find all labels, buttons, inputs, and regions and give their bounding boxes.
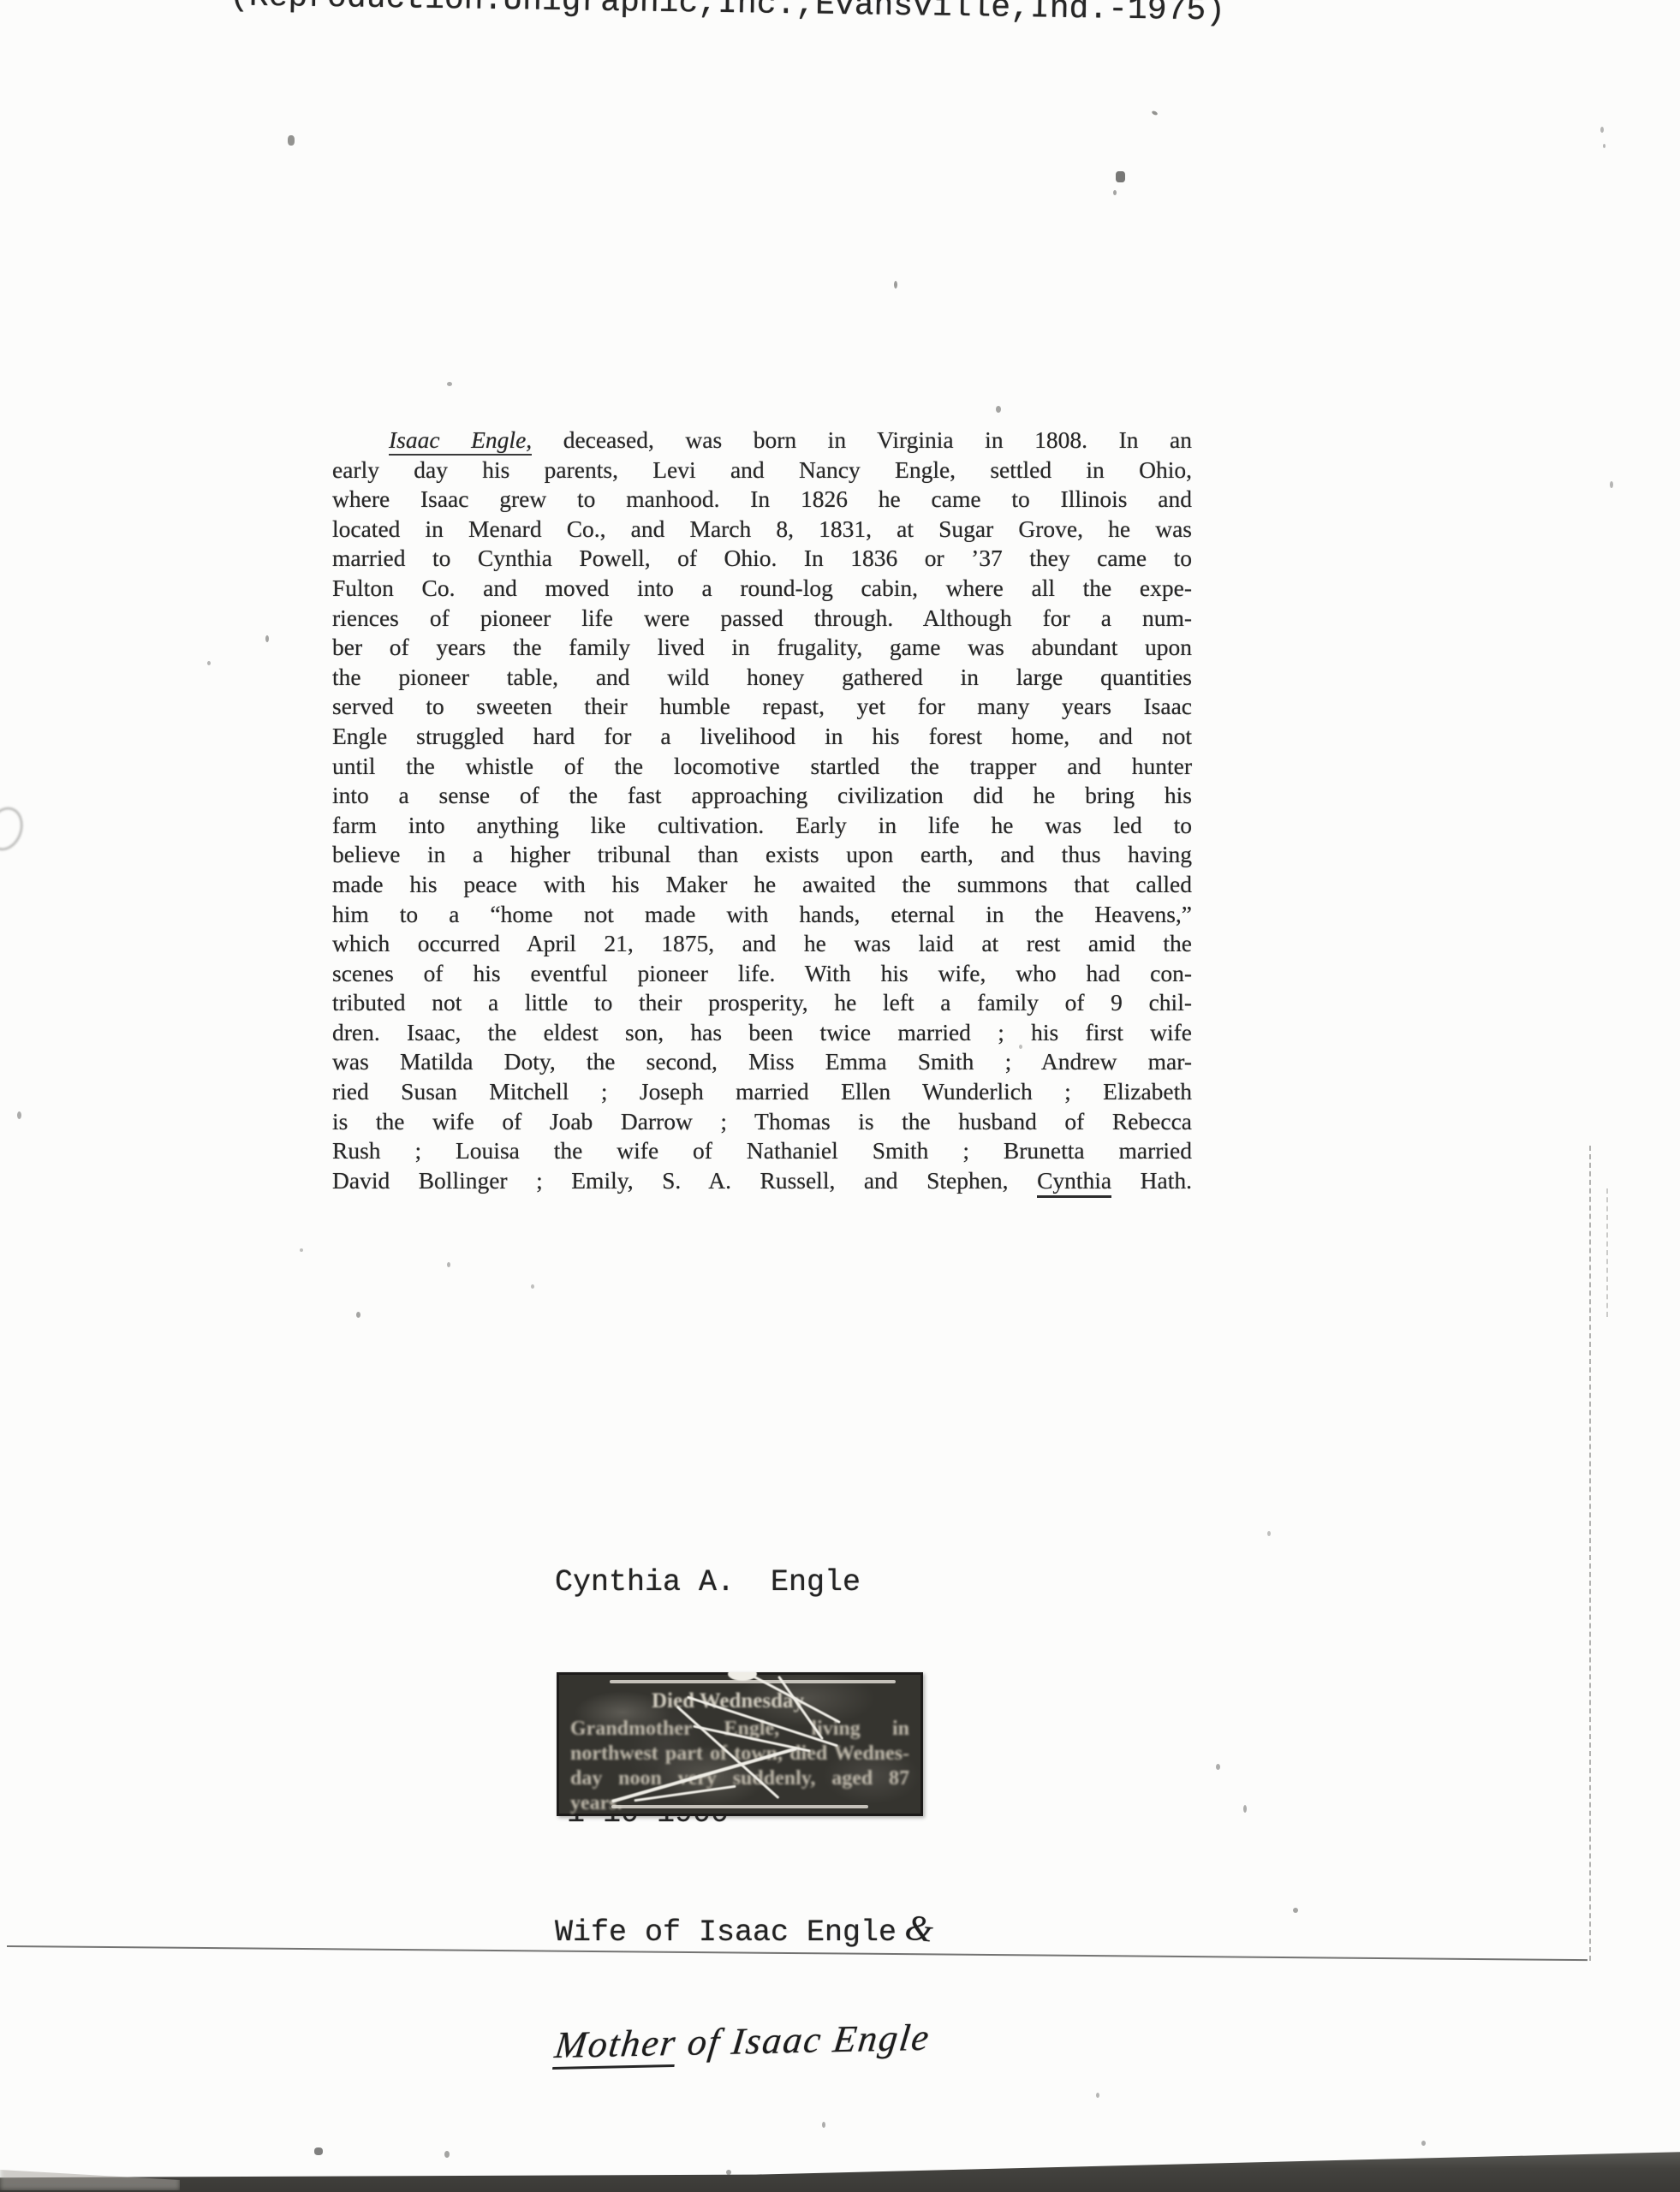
scan-speck [822,2122,825,2128]
biography-line: ried Susan Mitchell ; Joseph married Ell… [332,1077,1192,1107]
lead-line-text: deceased, was born in Virginia in 1808. … [563,426,1192,453]
scan-speck [1603,144,1606,148]
biography-line: riences of pioneer life were passed thro… [332,604,1192,634]
handwritten-mother-word: Mother [552,2022,679,2070]
scan-speck [17,1111,21,1119]
scan-speck [1421,2141,1426,2146]
page-edge-vertical-dashed-line-2 [1606,1188,1608,1317]
biography-line: made his peace with his Maker he awaited… [332,870,1192,900]
scan-speck [1113,190,1117,195]
scan-speck [1151,110,1158,116]
biography-last-line: David Bollinger ; Emily, S. A. Russell, … [332,1166,1192,1196]
scan-speck [300,1248,303,1252]
page-edge-vertical-dashed-line [1589,1146,1591,1961]
last-line-end: Hath. [1141,1167,1192,1194]
scan-speck [894,281,897,289]
biography-line: Rush ; Louisa the wife of Nathaniel Smit… [332,1136,1192,1166]
scan-speck [1116,171,1125,182]
scan-speck [288,135,295,146]
biography-line: believe in a higher tribunal than exists… [332,840,1192,870]
scan-speck [356,1312,360,1318]
biography-line: Fulton Co. and moved into a round-log ca… [332,574,1192,604]
typed-wife-line: Wife of Isaac Engle& [555,1910,1103,1949]
scan-speck [447,382,452,386]
biography-line: served to sweeten their humble repast, y… [332,692,1192,722]
biography-line: where Isaac grew to manhood. In 1826 he … [332,485,1192,515]
clipping-top-rule [610,1680,896,1683]
cynthia-hand-underlined: Cynthia [1037,1167,1111,1198]
biography-line: until the whistle of the locomotive star… [332,752,1192,782]
scan-speck [1096,2093,1099,2098]
wife-line-text: Wife of Isaac Engle [555,1915,897,1950]
scan-speck [531,1284,534,1289]
biography-lead-line: Isaac Engle, deceased, was born in Virgi… [332,426,1192,456]
biography-line: was Matilda Doty, the second, Miss Emma … [332,1047,1192,1077]
handwritten-ampersand: & [903,1909,935,1950]
scan-speck [996,406,1001,413]
scan-speck [1243,1805,1247,1813]
handwritten-rest: of Isaac Engle [674,2016,932,2064]
biography-line: scenes of his eventful pioneer life. Wit… [332,959,1192,989]
biography-line: is the wife of Joab Darrow ; Thomas is t… [332,1107,1192,1137]
biography-paragraph: Isaac Engle, deceased, was born in Virgi… [332,426,1192,1195]
biography-line: tributed not a little to their prosperit… [332,988,1192,1018]
obituary-line: years. [570,1791,909,1816]
scan-speck [1293,1908,1298,1913]
left-edge-squiggle [0,802,29,856]
scan-speck [1019,1045,1022,1049]
biography-body-lines: early day his parents, Levi and Nancy En… [332,456,1192,1166]
obituary-line: Grandmother Engle, living in [570,1717,909,1742]
reproduction-credit-line: (Reproduction:Unigraphic,Inc.,Evansville… [229,0,1343,32]
scan-speck [314,2147,323,2155]
biography-line: farm into anything like cultivation. Ear… [332,811,1192,841]
scan-speck [1216,1764,1220,1770]
biography-line: which occurred April 21, 1875, and he wa… [332,929,1192,959]
biography-line: him to a “home not made with hands, eter… [332,900,1192,930]
biography-line: Engle struggled hard for a livelihood in… [332,722,1192,752]
scan-bottom-shadow [0,2141,1680,2192]
scan-speck [207,661,211,665]
biography-line: early day his parents, Levi and Nancy En… [332,456,1192,485]
handwritten-mother-line: Mother of Isaac Engle [552,2015,1107,2070]
scan-speck [1600,127,1604,133]
scan-speck [1610,481,1613,488]
scan-speck [447,1262,450,1267]
scan-speck [1267,1531,1271,1536]
biography-line: the pioneer table, and wild honey gather… [332,663,1192,693]
biography-line: ber of years the family lived in frugali… [332,633,1192,663]
scan-bottom-smudge [0,2156,180,2190]
subject-name-underlined: Isaac Engle, [389,426,532,456]
obituary-clipping: Died Wednesday Grandmother Engle, living… [557,1672,923,1816]
last-line-text: David Bollinger ; Emily, S. A. Russell, … [332,1167,1009,1194]
typed-name-line: Cynthia A. Engle [555,1564,1103,1602]
obituary-line: day noon very suddenly, aged 87 [570,1766,909,1791]
scan-speck [444,2151,450,2158]
biography-line: into a sense of the fast approaching civ… [332,781,1192,811]
scan-speck [265,635,269,642]
clipping-bottom-rule [611,1805,868,1808]
biography-line: dren. Isaac, the eldest son, has been tw… [332,1018,1192,1048]
scan-speck [726,2170,731,2175]
scanned-page: { "credit": { "line": "(Reproduction:Uni… [0,0,1680,2192]
biography-line: located in Menard Co., and March 8, 1831… [332,515,1192,545]
biography-line: married to Cynthia Powell, of Ohio. In 1… [332,544,1192,574]
